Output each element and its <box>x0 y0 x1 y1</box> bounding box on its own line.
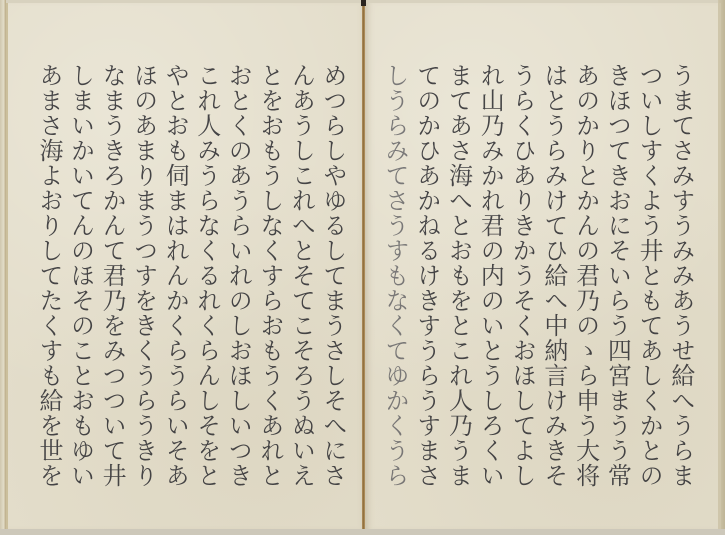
text-column: れ山乃みかれ君の内のいとうしろくいふ <box>475 63 505 489</box>
text-column: やとおも伺まはれんかくらうらいそあきいきうらう宵 <box>160 63 190 489</box>
right-page: うまてさみすうみみあうせ給へうらまあそ地 ついしすくよう井ともてあしくかとのつら… <box>366 3 721 529</box>
text-column: うまてさみすうみみあうせ給へうらまあそ地 <box>666 63 696 489</box>
text-column: てのかひあかねるけきすうらうすまさえとき <box>412 63 442 489</box>
left-page-text-columns: めつらしやゆるしてまうさしそへにさしくほ んあうしこれへとそてこそろうぬいえおか… <box>34 63 348 489</box>
text-column: しうらみてさうすもなくてゆかくうらわく <box>380 63 410 489</box>
text-column: うらくひありきかうそくおほしてよし <box>507 63 537 489</box>
text-column: めつらしやゆるしてまうさしそへにさしくほ <box>318 63 348 489</box>
open-book-spread: めつらしやゆるしてまうさしそへにさしくほ んあうしこれへとそてこそろうぬいえおか… <box>0 0 725 535</box>
text-column: ついしすくよう井ともてあしくかとのつらなう <box>634 63 664 489</box>
text-column: なまうきろかんて君乃をみつついて井かりいて侍 <box>97 63 127 489</box>
text-column: しまいかいてんのほそのことおもゆいてそう <box>66 63 96 489</box>
text-column: おとくのあうらいれのしおほしいつきぬいえうや <box>223 63 253 489</box>
right-page-text-columns: うまてさみすうみみあうせ給へうらまあそ地 ついしすくよう井ともてあしくかとのつら… <box>380 63 696 489</box>
left-page: めつらしやゆるしてまうさしそへにさしくほ んあうしこれへとそてこそろうぬいえおか… <box>6 3 366 529</box>
text-column: これ人みうらなくるれくらんしそをとうとし姿こと <box>192 63 222 489</box>
text-column: あのかりとかんの君乃のゝら申う大将乃君 <box>571 63 601 489</box>
text-column: ほのあまりまうつすをきくうらうきりつまて <box>129 63 159 489</box>
text-column: んあうしこれへとそてこそろうぬいえおかさし <box>286 63 316 489</box>
book-edge-bottom <box>0 529 725 535</box>
text-column: まてあさ海へとおもをとこれ人乃うまあひ <box>444 63 474 489</box>
text-column: はとうらみけてひ給へ中納言けみきそ <box>539 63 569 489</box>
text-column: あまさ海よおりしてたくすも給を世をあにとなく <box>34 63 64 489</box>
text-column: とをおもうしなくすらおもうくあれとるばのきれ <box>255 63 285 489</box>
text-column: きほつてきおにそいらう四宮まうう常 <box>602 63 632 489</box>
book-gutter <box>362 0 365 535</box>
gutter-top-shadow <box>361 0 366 6</box>
